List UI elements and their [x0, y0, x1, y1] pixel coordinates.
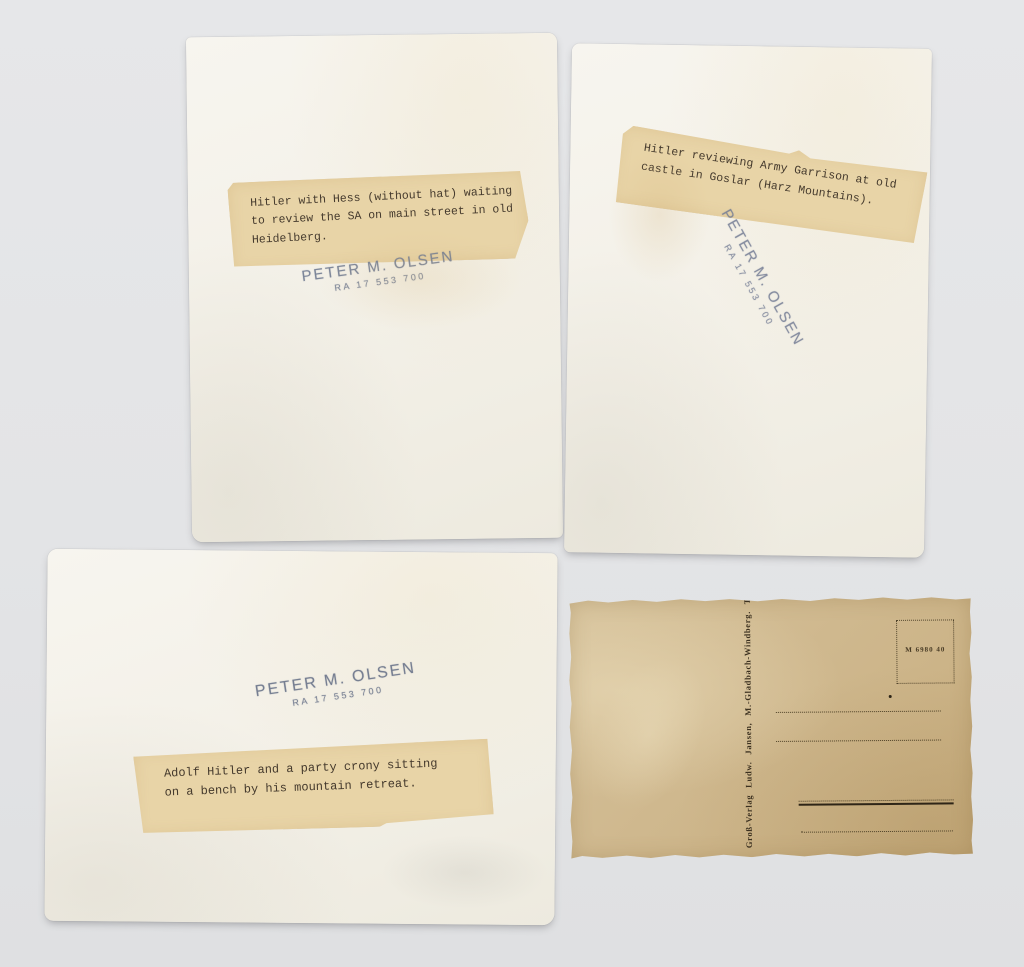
- address-line: [776, 711, 941, 713]
- ink-speck: [889, 695, 892, 698]
- paper-stain: [555, 623, 743, 846]
- paper-stain: [374, 832, 555, 914]
- address-line: [776, 740, 941, 742]
- postcard-back: Groß-Verlag Ludw. Jansen, M.-Gladbach-Wi…: [568, 596, 974, 860]
- photo-back-bottom-left: PETER M. OLSEN RA 17 553 700 Adolf Hitle…: [44, 549, 557, 925]
- address-line: [801, 830, 953, 832]
- photo-back-top-left: Hitler with Hess (without hat) waiting t…: [186, 33, 563, 542]
- stamp-box-code: M 6980 40: [897, 645, 953, 653]
- publisher-imprint: Groß-Verlag Ludw. Jansen, M.-Gladbach-Wi…: [742, 608, 754, 848]
- stamp-box: M 6980 40: [896, 619, 955, 684]
- caption-label: Adolf Hitler and a party crony sitting o…: [133, 739, 494, 836]
- photo-back-top-right: Hitler reviewing Army Garrison at old ca…: [564, 43, 932, 558]
- photographer-stamp: PETER M. OLSEN RA 17 553 700: [235, 657, 437, 716]
- address-line: [799, 799, 954, 801]
- address-line-underline: [799, 802, 954, 805]
- photographer-stamp-number: RA 17 553 700: [701, 204, 797, 366]
- caption-label: Hitler reviewing Army Garrison at old ca…: [610, 124, 928, 246]
- caption-label: Hitler with Hess (without hat) waiting t…: [227, 169, 530, 272]
